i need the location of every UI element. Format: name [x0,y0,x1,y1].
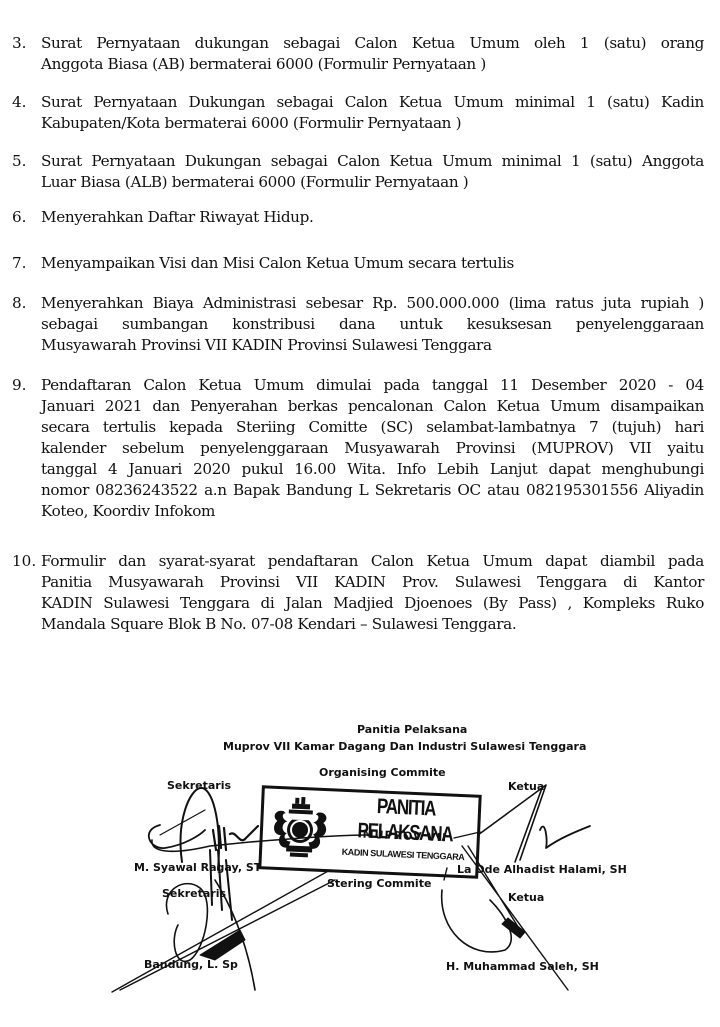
item-number: 9. [12,375,27,396]
sc-secretary-role: Sekretaris [162,887,226,900]
item-line: KADIN Sulawesi Tenggara di Jalan Madjied… [41,593,704,614]
item-line: Mandala Square Blok B No. 07-08 Kendari … [41,614,704,635]
sc-chair-name: H. Muhammad Saleh, SH [446,960,599,973]
item-line: Anggota Biasa (AB) bermaterai 6000 (Form… [41,54,704,75]
item-number: 7. [12,253,27,274]
committee-heading: Panitia Pelaksana [357,723,467,736]
item-number: 8. [12,293,27,314]
stamp-line-3: KADIN SULAWESI TENGGARA [332,846,474,862]
organising-committee-label: Organising Commite [319,766,446,779]
oc-secretary-role: Sekretaris [167,779,231,792]
item-number: 10. [12,551,36,572]
item-text: Menyerahkan Daftar Riwayat Hidup. [41,207,704,228]
item-line: Luar Biasa (ALB) bermaterai 6000 (Formul… [41,172,704,193]
item-line: Januari 2021 dan Penyerahan berkas penca… [41,396,704,417]
steering-committee-label: Stering Commite [327,877,431,890]
signature-sc-chair [442,890,512,952]
document-page: 3. Surat Pernyataan dukungan sebagai Cal… [0,0,720,1027]
item-line: secara tertulis kepada Steriing Comitte … [41,417,704,438]
item-line: tanggal 4 Januari 2020 pukul 16.00 Wita.… [41,459,704,480]
oc-chair-role: Ketua [508,780,544,793]
item-number: 3. [12,33,27,54]
item-line: Musyawarah Provinsi VII KADIN Provinsi S… [41,335,704,356]
item-number: 5. [12,151,27,172]
item-line: Surat Pernyataan Dukungan sebagai Calon … [41,92,704,113]
item-line: Formulir dan syarat-syarat pendaftaran C… [41,551,704,572]
item-text: Menyampaikan Visi dan Misi Calon Ketua U… [41,253,704,274]
item-line: Surat Pernyataan Dukungan sebagai Calon … [41,151,704,172]
item-text: Pendaftaran Calon Ketua Umum dimulai pad… [41,375,704,522]
item-number: 6. [12,207,27,228]
item-line: Menyerahkan Biaya Administrasi sebesar R… [41,293,704,314]
item-text: Surat Pernyataan dukungan sebagai Calon … [41,33,704,75]
sc-secretary-name: Bandung, L. Sp [144,958,238,971]
official-stamp: PANITIA PELAKSANA MUPROV VII KADIN SULAW… [258,785,481,879]
item-line: Menyampaikan Visi dan Misi Calon Ketua U… [41,253,704,274]
item-line: nomor 08236243522 a.n Bapak Bandung L Se… [41,480,704,501]
item-line: kalender sebelum penyelenggaraan Musyawa… [41,438,704,459]
committee-subheading: Muprov VII Kamar Dagang Dan Industri Sul… [223,740,586,753]
oc-chair-name: La Ode Alhadist Halami, SH [457,863,627,876]
item-line: Pendaftaran Calon Ketua Umum dimulai pad… [41,375,704,396]
signature-oc-chair [478,785,546,860]
item-text: Surat Pernyataan Dukungan sebagai Calon … [41,151,704,193]
item-line: Panitia Musyawarah Provinsi VII KADIN Pr… [41,572,704,593]
item-text: Formulir dan syarat-syarat pendaftaran C… [41,551,704,635]
item-number: 4. [12,92,27,113]
item-line: Menyerahkan Daftar Riwayat Hidup. [41,207,704,228]
item-line: Kabupaten/Kota bermaterai 6000 (Formulir… [41,113,704,134]
item-line: Surat Pernyataan dukungan sebagai Calon … [41,33,704,54]
oc-secretary-name: M. Syawal Ragay, ST [134,861,261,874]
sc-chair-role: Ketua [508,891,544,904]
item-line: sebagai sumbangan konstribusi dana untuk… [41,314,704,335]
signature-oc-secretary [181,788,219,870]
item-text: Menyerahkan Biaya Administrasi sebesar R… [41,293,704,356]
item-text: Surat Pernyataan Dukungan sebagai Calon … [41,92,704,134]
item-line: Koteo, Koordiv Infokom [41,501,704,522]
kadin-emblem-icon [268,795,333,862]
